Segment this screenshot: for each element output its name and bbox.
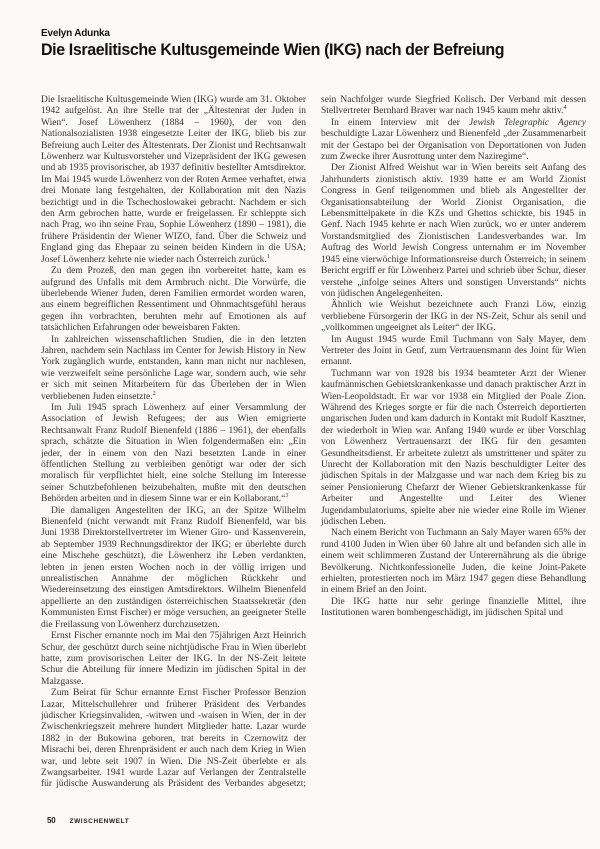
article-body: Die Israelitische Kultusgemeinde Wien (I… <box>41 95 586 797</box>
paragraph: Die IKG hatte nur sehr geringe finanziel… <box>321 597 586 620</box>
author-name: Evelyn Adunka <box>41 28 586 40</box>
text-run: Die damaligen Angestellten der IKG, an d… <box>41 506 306 630</box>
footnote-marker: 3 <box>285 492 288 499</box>
text-run: Tuchmann war von 1928 bis 1934 beamteter… <box>321 369 586 527</box>
footnote-marker: 1 <box>267 253 270 260</box>
text-run: Die Israelitische Kultusgemeinde Wien (I… <box>41 95 306 265</box>
paragraph: Zu dem Prozeß, den man gegen ihn vorbere… <box>41 266 306 334</box>
paragraph: Ernst Fischer ernannte noch im Mai den 7… <box>41 631 306 688</box>
paragraph: Ähnlich wie Weishut bezeichnete auch Fra… <box>321 300 586 334</box>
page-number: 50 <box>47 816 56 825</box>
text-run: Im Juli 1945 sprach Löwenherz auf einer … <box>41 403 306 504</box>
text-run: Ernst Fischer ernannte noch im Mai den 7… <box>41 631 306 687</box>
journal-page: Evelyn Adunka Die Israelitische Kultusge… <box>0 0 600 849</box>
paragraph: Die damaligen Angestellten der IKG, an d… <box>41 506 306 631</box>
article-title: Die Israelitische Kultusgemeinde Wien (I… <box>41 41 570 60</box>
text-run: Zu dem Prozeß, den man gegen ihn vorbere… <box>41 266 306 333</box>
paragraph: In zahlreichen wissenschaftlichen Studie… <box>41 335 306 403</box>
text-run: In einem Interview mit der <box>331 118 469 128</box>
paragraph: Tuchmann war von 1928 bis 1934 beamteter… <box>321 369 586 529</box>
footnote-marker: 4 <box>563 104 566 111</box>
text-run: Nach einem Bericht von Tuchmann an Saly … <box>321 528 586 595</box>
paragraph: Die Israelitische Kultusgemeinde Wien (I… <box>41 95 306 266</box>
text-run: Ähnlich wie Weishut bezeichnete auch Fra… <box>321 300 586 333</box>
paragraph: Im Juli 1945 sprach Löwenherz auf einer … <box>41 403 306 506</box>
paragraph: In einem Interview mit der Jewish Telegr… <box>321 118 586 164</box>
article-header: Evelyn Adunka Die Israelitische Kultusge… <box>41 28 586 60</box>
page-footer: 50 ZWISCHENWELT <box>47 816 129 825</box>
text-run: In zahlreichen wissenschaftlichen Studie… <box>41 335 306 402</box>
text-run: Im August 1945 wurde Emil Tuchmann von S… <box>321 335 586 368</box>
footnote-marker: 2 <box>153 389 156 396</box>
journal-name: ZWISCHENWELT <box>70 818 130 825</box>
paragraph: Der Zionist Alfred Weishut war in Wien b… <box>321 163 586 300</box>
text-run: Der Zionist Alfred Weishut war in Wien b… <box>321 163 586 298</box>
text-run: Jewish Telegraphic Agency <box>469 118 586 128</box>
paragraph: Nach einem Bericht von Tuchmann an Saly … <box>321 528 586 596</box>
text-run: beschuldigte Lazar Löwenherz und Bienenf… <box>321 129 586 162</box>
text-run: Die IKG hatte nur sehr geringe finanziel… <box>321 597 586 618</box>
paragraph: Im August 1945 wurde Emil Tuchmann von S… <box>321 335 586 369</box>
